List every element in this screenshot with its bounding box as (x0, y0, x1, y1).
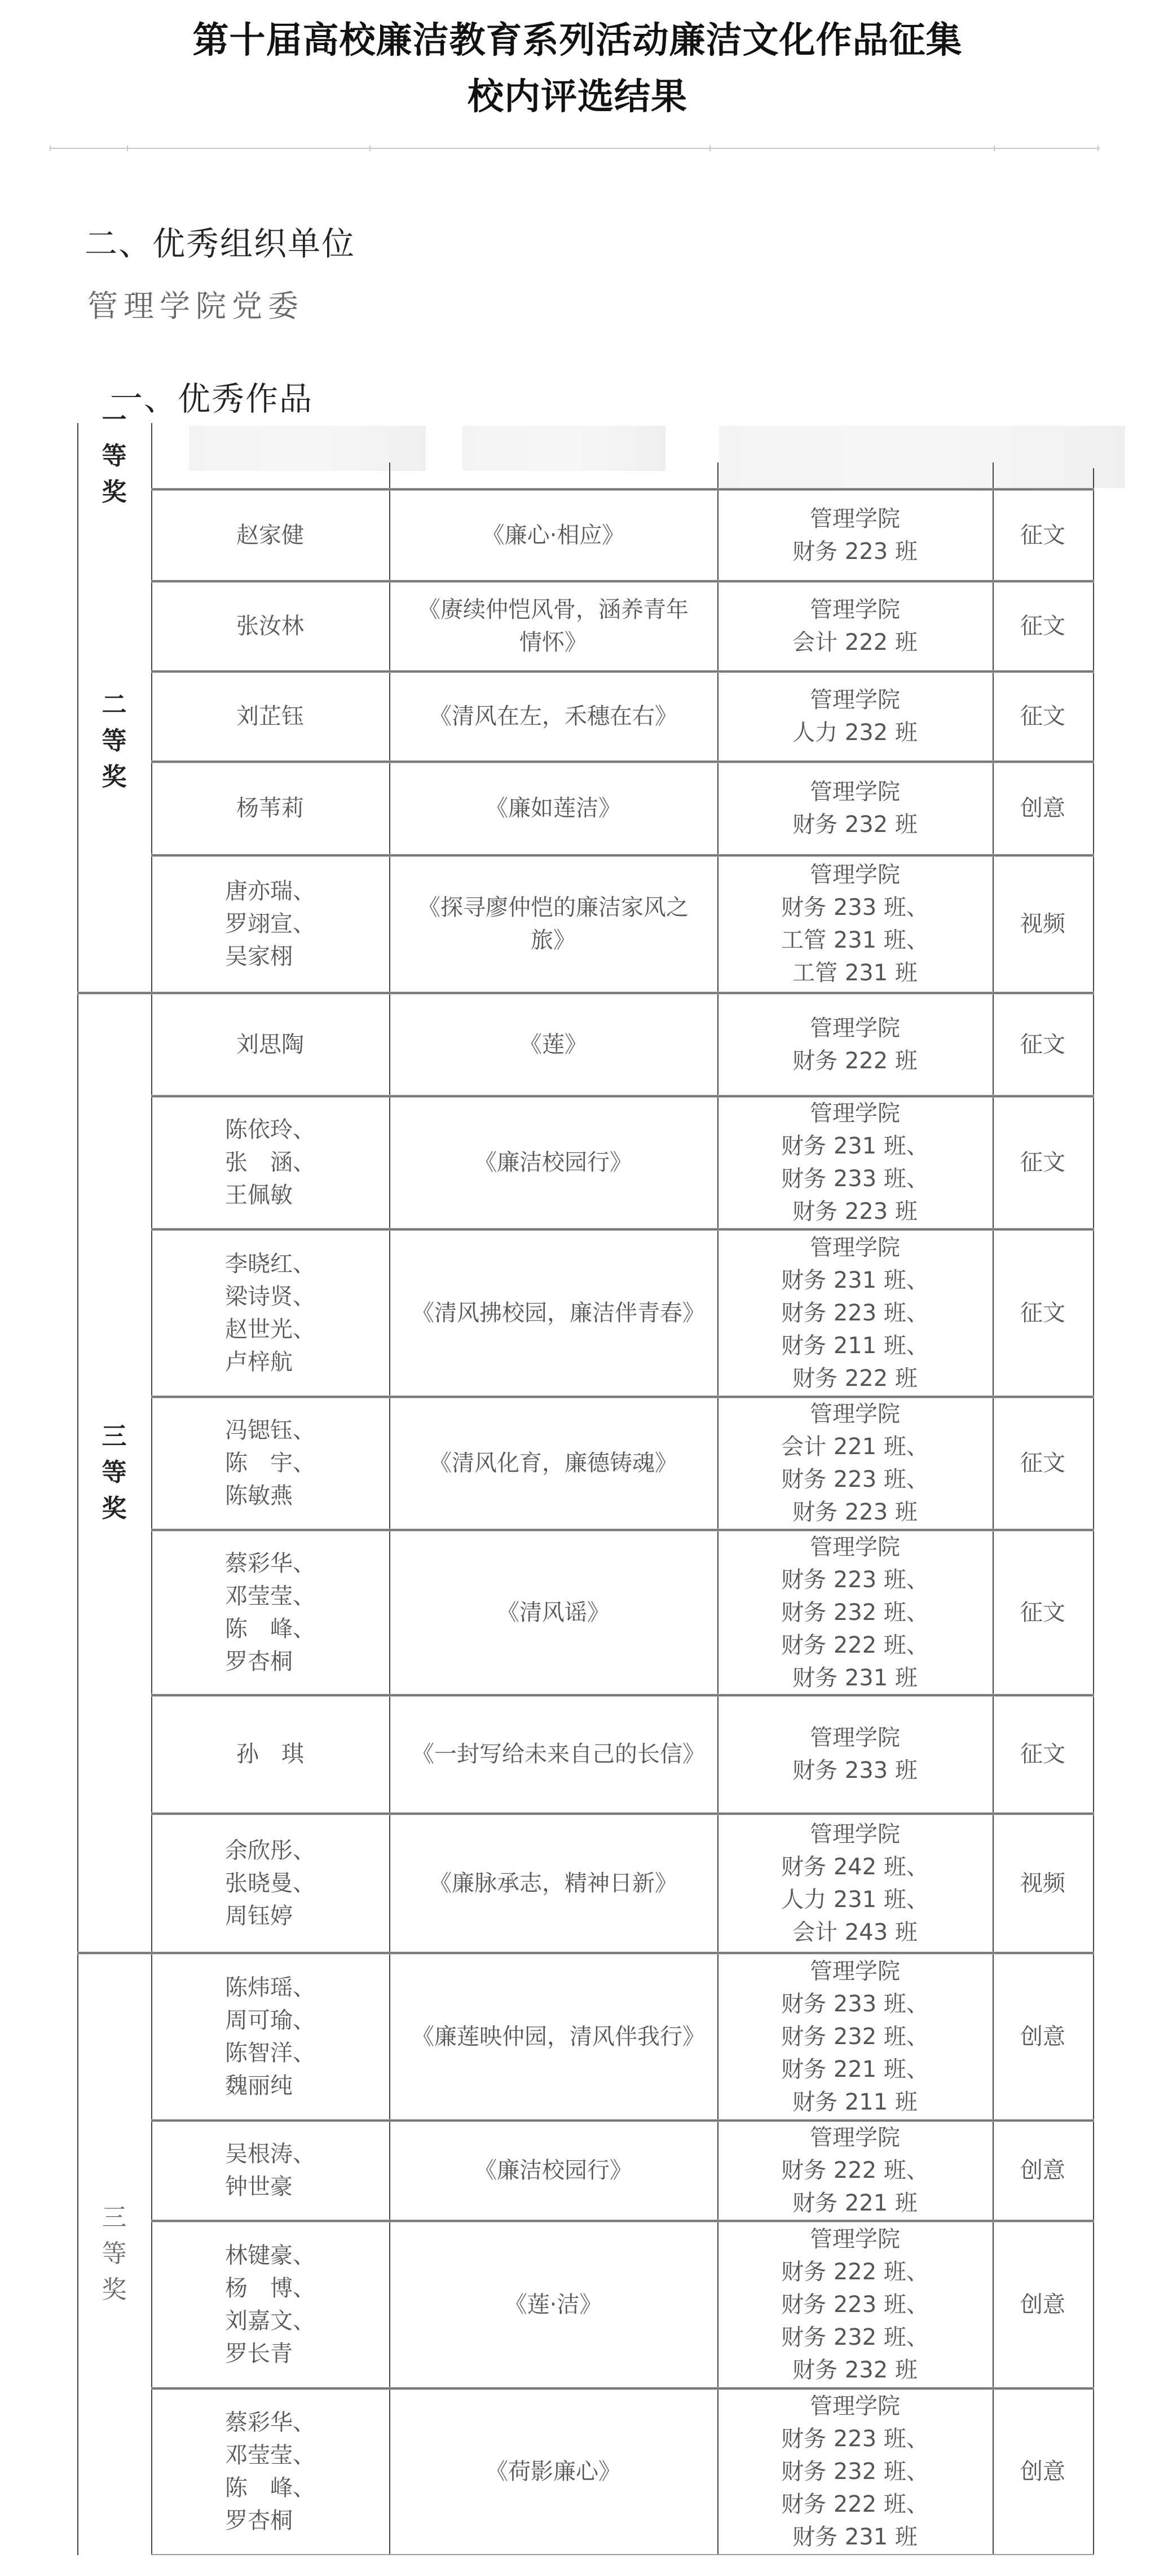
work-type: 征文 (1020, 1738, 1065, 1771)
author-name: 陈 峰、 (225, 2472, 315, 2504)
work-title-cell: 《莲》 (389, 993, 717, 1096)
author-name: 余欣彤、 (225, 1834, 315, 1867)
work-title: 《清风谣》 (474, 1596, 632, 1629)
author-name: 陈炜瑶、 (225, 1971, 315, 2004)
class-cell: 管理学院财务 223 班、财务 232 班、财务 222 班、财务 231 班 (717, 2388, 993, 2555)
author-name: 卢梓航 (225, 1346, 293, 1379)
work-title: 《一封写给未来自己的长信》 (389, 1738, 717, 1771)
work-title-cell: 《赓续仲恺风骨，涵养青年情怀》 (389, 581, 717, 671)
work-title: 《廉莲映仲园，清风伴我行》 (389, 2020, 717, 2053)
class-name: 财务 233 班、 (781, 1988, 929, 2020)
class-name: 财务 231 班 (792, 2521, 918, 2553)
work-title: 《廉心·相应》 (460, 519, 647, 552)
class-name: 财务 211 班 (792, 2086, 918, 2119)
college-name: 管理学院 (810, 1398, 900, 1430)
column-divider (1093, 468, 1094, 2555)
work-type: 创意 (1020, 2020, 1065, 2053)
work-title-cell: 《荷影廉心》 (389, 2388, 717, 2555)
author-name: 邓莹莹、 (225, 1580, 315, 1613)
college-name: 管理学院 (810, 1531, 900, 1564)
college-name: 管理学院 (810, 2223, 900, 2256)
author-name: 吴根涛、 (225, 2138, 315, 2170)
class-name: 财务 223 班 (792, 1195, 918, 1228)
class-name: 财务 223 班、 (781, 1463, 929, 1496)
redacted-region (719, 426, 1125, 488)
college-name: 管理学院 (810, 1721, 900, 1754)
college-name: 管理学院 (810, 684, 900, 716)
class-name: 财务 232 班、 (781, 2321, 929, 2354)
work-type-cell: 征文 (993, 1695, 1093, 1813)
work-title-cell: 《清风拂校园，廉洁伴青春》 (389, 1229, 717, 1397)
class-name: 人力 231 班、 (781, 1883, 929, 1916)
class-name: 财务 222 班、 (781, 2256, 929, 2288)
author-name: 蔡彩华、 (225, 2406, 315, 2439)
author-names-cell: 唐亦瑞、罗翊宣、吴家栩 (151, 855, 389, 993)
college-name: 管理学院 (810, 776, 900, 808)
author-name: 陈 宇、 (225, 1447, 315, 1479)
work-type-cell: 征文 (993, 1397, 1093, 1530)
work-type-cell: 创意 (993, 2388, 1093, 2555)
class-name: 财务 232 班、 (781, 2455, 929, 2488)
work-title-cell: 《一封写给未来自己的长信》 (389, 1695, 717, 1813)
author-name: 冯锶钰、 (225, 1414, 315, 1447)
award-label-char: 三 (102, 1419, 127, 1455)
class-name: 会计 221 班、 (781, 1430, 929, 1463)
author-name: 王佩敏 (225, 1179, 293, 1212)
work-type: 创意 (1020, 2455, 1065, 2488)
work-title: 《荷影廉心》 (463, 2455, 643, 2488)
author-names-cell: 孙 琪 (151, 1695, 389, 1813)
class-cell: 管理学院财务 222 班 (717, 993, 993, 1096)
author-names-cell: 杨苇莉 (151, 761, 389, 855)
class-name: 财务 223 班、 (781, 1564, 929, 1596)
author-name: 杨 博、 (225, 2272, 315, 2305)
redacted-region (189, 426, 426, 471)
work-type: 征文 (1020, 700, 1065, 733)
author-name: 张晓曼、 (225, 1867, 315, 1900)
author-names-cell: 张汝林 (151, 581, 389, 671)
author-names-cell: 冯锶钰、陈 宇、陈敏燕 (151, 1397, 389, 1530)
author-name: 张汝林 (236, 610, 304, 642)
author-name: 罗长青 (225, 2337, 293, 2370)
work-type-cell: 创意 (993, 2120, 1093, 2221)
class-cell: 管理学院财务 233 班 (717, 1695, 993, 1813)
college-name: 管理学院 (810, 1012, 900, 1045)
class-cell: 管理学院财务 233 班、财务 232 班、财务 221 班、财务 211 班 (717, 1953, 993, 2120)
author-name: 陈依玲、 (225, 1113, 315, 1146)
class-name: 财务 223 班 (792, 1496, 918, 1529)
work-title-cell: 《探寻廖仲恺的廉洁家风之旅》 (389, 855, 717, 993)
class-name: 工管 231 班 (792, 957, 918, 989)
award-level-label: 二等奖 (77, 489, 151, 993)
author-name: 周可瑜、 (225, 2004, 315, 2037)
work-type: 征文 (1020, 519, 1065, 552)
work-type: 视频 (1020, 1867, 1065, 1900)
class-name: 工管 231 班、 (781, 924, 929, 957)
work-title: 《廉脉承志，精神日新》 (407, 1867, 700, 1900)
redacted-region (462, 426, 665, 471)
award-label-char: 奖 (102, 2272, 127, 2308)
college-name: 管理学院 (810, 593, 900, 626)
class-name: 财务 222 班 (792, 1045, 918, 1077)
class-cell: 管理学院财务 222 班、财务 223 班、财务 232 班、财务 232 班 (717, 2221, 993, 2388)
work-title: 《赓续仲恺风骨，涵养青年情怀》 (389, 593, 717, 659)
work-title-cell: 《清风化育，廉德铸魂》 (389, 1397, 717, 1530)
author-name: 梁诗贤、 (225, 1280, 315, 1313)
class-name: 财务 232 班 (792, 808, 918, 841)
award-label-char: 等 (102, 2236, 127, 2272)
class-name: 财务 231 班 (792, 1662, 918, 1694)
class-cell: 管理学院会计 222 班 (717, 581, 993, 671)
class-cell: 管理学院财务 231 班、财务 233 班、财务 223 班 (717, 1096, 993, 1229)
award-label-char: 二 (102, 687, 127, 723)
college-name: 管理学院 (810, 1097, 900, 1130)
author-name: 罗杏桐 (225, 2504, 293, 2537)
class-cell: 管理学院财务 222 班、财务 221 班 (717, 2120, 993, 2221)
class-name: 财务 233 班、 (781, 891, 929, 924)
class-cell: 管理学院人力 232 班 (717, 671, 993, 761)
work-title: 《清风化育，廉德铸魂》 (407, 1447, 700, 1479)
work-type: 征文 (1020, 1297, 1065, 1329)
author-name: 唐亦瑞、 (225, 875, 315, 908)
award-label-char: 等 (102, 438, 127, 474)
author-name: 李晓红、 (225, 1248, 315, 1280)
class-name: 财务 232 班、 (781, 1596, 929, 1629)
class-cell: 管理学院财务 223 班、财务 232 班、财务 222 班、财务 231 班 (717, 1530, 993, 1695)
award-label-char: 等 (102, 723, 127, 759)
work-type-cell: 征文 (993, 1530, 1093, 1695)
award-level-label: 一等奖 (77, 423, 151, 489)
award-label-char: 三 (102, 2200, 127, 2236)
class-name: 财务 232 班 (792, 2354, 918, 2386)
work-type-cell: 视频 (993, 855, 1093, 993)
author-names-cell: 陈依玲、张 涵、王佩敏 (151, 1096, 389, 1229)
class-name: 财务 231 班、 (781, 1130, 929, 1162)
class-cell: 管理学院财务 223 班 (717, 489, 993, 581)
work-title-cell: 《廉心·相应》 (389, 489, 717, 581)
work-type: 创意 (1020, 2288, 1065, 2321)
author-name: 罗杏桐 (225, 1645, 293, 1678)
college-name: 管理学院 (810, 2390, 900, 2423)
class-name: 人力 232 班 (792, 716, 918, 749)
author-name: 刘思陶 (236, 1028, 304, 1061)
work-type-cell: 视频 (993, 1813, 1093, 1953)
class-name: 财务 222 班、 (781, 2154, 929, 2187)
class-name: 财务 233 班、 (781, 1162, 929, 1195)
award-label-char: 等 (102, 1455, 127, 1491)
author-names-cell: 陈炜瑶、周可瑜、陈智洋、魏丽纯 (151, 1953, 389, 2120)
class-name: 财务 222 班、 (781, 2488, 929, 2521)
author-names-cell: 蔡彩华、邓莹莹、陈 峰、罗杏桐 (151, 1530, 389, 1695)
college-name: 管理学院 (810, 858, 900, 891)
author-name: 魏丽纯 (225, 2069, 293, 2102)
class-cell: 管理学院财务 233 班、工管 231 班、工管 231 班 (717, 855, 993, 993)
college-name: 管理学院 (810, 503, 900, 535)
class-name: 财务 223 班 (792, 535, 918, 568)
author-name: 陈智洋、 (225, 2037, 315, 2069)
award-label-char: 奖 (102, 759, 127, 795)
work-title: 《莲》 (497, 1028, 610, 1061)
class-name: 财务 231 班、 (781, 1264, 929, 1297)
college-name: 管理学院 (810, 1818, 900, 1851)
work-type: 征文 (1020, 610, 1065, 642)
author-name: 吴家栩 (225, 940, 293, 973)
author-name: 蔡彩华、 (225, 1547, 315, 1580)
author-name: 罗翊宣、 (225, 908, 315, 940)
work-type-cell: 创意 (993, 2221, 1093, 2388)
work-type: 创意 (1020, 2154, 1065, 2187)
work-type-cell: 征文 (993, 581, 1093, 671)
author-name: 赵世光、 (225, 1313, 315, 1346)
work-title-cell: 《廉脉承志，精神日新》 (389, 1813, 717, 1953)
work-title: 《廉如莲洁》 (463, 792, 643, 825)
class-name: 财务 222 班 (792, 1362, 918, 1395)
class-cell: 管理学院财务 242 班、人力 231 班、会计 243 班 (717, 1813, 993, 1953)
author-name: 钟世豪 (225, 2170, 293, 2203)
class-name: 财务 221 班 (792, 2187, 918, 2220)
results-table: 一等奖二等奖三等奖三等奖赵家健《廉心·相应》管理学院财务 223 班征文张汝林《… (0, 0, 1155, 2576)
work-type: 创意 (1020, 792, 1065, 825)
work-type-cell: 创意 (993, 761, 1093, 855)
work-type-cell: 创意 (993, 1953, 1093, 2120)
work-type: 征文 (1020, 1596, 1065, 1629)
work-title: 《廉洁校园行》 (452, 1146, 655, 1179)
class-cell: 管理学院会计 221 班、财务 223 班、财务 223 班 (717, 1397, 993, 1530)
award-label-char: 一 (102, 402, 127, 438)
college-name: 管理学院 (810, 1231, 900, 1264)
work-type-cell: 征文 (993, 1229, 1093, 1397)
author-names-cell: 蔡彩华、邓莹莹、陈 峰、罗杏桐 (151, 2388, 389, 2555)
class-name: 财务 242 班、 (781, 1851, 929, 1883)
class-cell: 管理学院财务 231 班、财务 223 班、财务 211 班、财务 222 班 (717, 1229, 993, 1397)
work-title: 《清风拂校园，廉洁伴青春》 (389, 1297, 717, 1329)
work-type: 征文 (1020, 1028, 1065, 1061)
author-names-cell: 吴根涛、钟世豪 (151, 2120, 389, 2221)
author-name: 刘嘉文、 (225, 2305, 315, 2337)
award-level-label: 三等奖 (77, 993, 151, 1953)
work-title-cell: 《清风在左，禾穗在右》 (389, 671, 717, 761)
author-name: 陈敏燕 (225, 1479, 293, 1512)
class-name: 财务 233 班 (792, 1754, 918, 1787)
author-names-cell: 刘芷钰 (151, 671, 389, 761)
author-names-cell: 余欣彤、张晓曼、周钰婷 (151, 1813, 389, 1953)
class-cell: 管理学院财务 232 班 (717, 761, 993, 855)
college-name: 管理学院 (810, 2121, 900, 2154)
work-type-cell: 征文 (993, 993, 1093, 1096)
work-type: 视频 (1020, 908, 1065, 940)
author-name: 杨苇莉 (236, 792, 304, 825)
author-name: 周钰婷 (225, 1900, 293, 1932)
work-type-cell: 征文 (993, 489, 1093, 581)
author-names-cell: 李晓红、梁诗贤、赵世光、卢梓航 (151, 1229, 389, 1397)
author-name: 张 涵、 (225, 1146, 315, 1179)
class-name: 财务 223 班、 (781, 1297, 929, 1329)
work-title: 《廉洁校园行》 (452, 2154, 655, 2187)
work-title-cell: 《廉莲映仲园，清风伴我行》 (389, 1953, 717, 2120)
author-name: 刘芷钰 (236, 700, 304, 733)
work-title-cell: 《廉洁校园行》 (389, 2120, 717, 2221)
work-type-cell: 征文 (993, 1096, 1093, 1229)
class-name: 财务 211 班、 (781, 1329, 929, 1362)
author-name: 邓莹莹、 (225, 2439, 315, 2472)
work-title: 《探寻廖仲恺的廉洁家风之旅》 (389, 891, 717, 957)
work-title-cell: 《清风谣》 (389, 1530, 717, 1695)
work-title: 《清风在左，禾穗在右》 (407, 700, 700, 733)
class-name: 财务 223 班、 (781, 2423, 929, 2455)
work-type-cell: 征文 (993, 671, 1093, 761)
work-title: 《莲·洁》 (482, 2288, 625, 2321)
class-name: 财务 221 班、 (781, 2053, 929, 2086)
work-type: 征文 (1020, 1447, 1065, 1479)
class-name: 财务 223 班、 (781, 2288, 929, 2321)
college-name: 管理学院 (810, 1955, 900, 1988)
work-title-cell: 《廉如莲洁》 (389, 761, 717, 855)
class-name: 会计 222 班 (792, 626, 918, 659)
author-name: 孙 琪 (236, 1738, 304, 1771)
work-type: 征文 (1020, 1146, 1065, 1179)
author-name: 林键豪、 (225, 2239, 315, 2272)
award-label-char: 奖 (102, 1491, 127, 1527)
author-names-cell: 林键豪、杨 博、刘嘉文、罗长青 (151, 2221, 389, 2388)
class-name: 会计 243 班 (792, 1916, 918, 1949)
author-name: 赵家健 (236, 519, 304, 552)
work-title-cell: 《莲·洁》 (389, 2221, 717, 2388)
author-name: 陈 峰、 (225, 1613, 315, 1645)
class-name: 财务 232 班、 (781, 2020, 929, 2053)
award-level-label: 三等奖 (77, 1953, 151, 2555)
author-names-cell: 刘思陶 (151, 993, 389, 1096)
class-name: 财务 222 班、 (781, 1629, 929, 1662)
author-names-cell: 赵家健 (151, 489, 389, 581)
work-title-cell: 《廉洁校园行》 (389, 1096, 717, 1229)
